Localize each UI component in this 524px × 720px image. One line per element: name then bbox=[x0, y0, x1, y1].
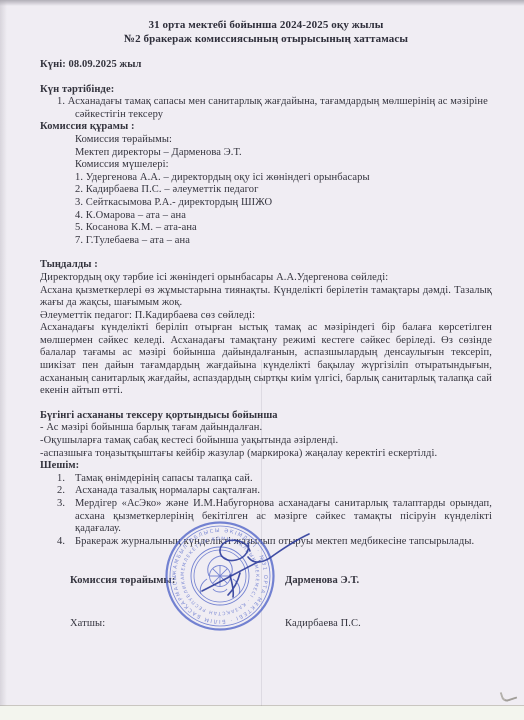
commission-heading: Комиссия құрамы : bbox=[40, 121, 492, 134]
result-heading: Бүгінгі асхананы тексеру қортындысы бойы… bbox=[40, 410, 492, 423]
secretary-signature-label: Хатшы: bbox=[70, 618, 285, 631]
heard-paragraph: Асханадағы күнделікті беріліп отырған ыс… bbox=[40, 322, 492, 398]
commission-member: 7. Г.Тулебаева – ата – ана bbox=[75, 235, 492, 248]
result-item: - Ас мәзірі бойынша барлық тағам дайында… bbox=[40, 422, 492, 435]
chair-signature-label: Комиссия төрайымы: bbox=[70, 575, 285, 588]
heard-heading: Тыңдалды : bbox=[40, 259, 492, 272]
chair-signature-row: Комиссия төрайымы: Дарменова Э.Т. bbox=[70, 575, 492, 588]
decision-item: Бракераж журналының күнделікті жазылып о… bbox=[40, 536, 492, 549]
commission-member: 1. Удергенова А.А. – директордың оқу ісі… bbox=[75, 172, 492, 185]
commission-chair-label: Комиссия төрайымы: bbox=[75, 134, 492, 147]
date-line: Күні: 08.09.2025 жыл bbox=[40, 59, 492, 72]
doc-title-line-2: №2 бракераж комиссиясының отырысының хат… bbox=[40, 33, 492, 47]
commission-members-label: Комиссия мүшелері: bbox=[75, 159, 492, 172]
commission-member: 5. Косанова К.М. – ата-ана bbox=[75, 222, 492, 235]
commission-member: 4. К.Омарова – ата – ана bbox=[75, 210, 492, 223]
doc-title-line-1: 31 орта мектебі бойынша 2024-2025 оқу жы… bbox=[40, 19, 492, 33]
heard-paragraph: Әлеуметтік педагог: П.Кадирбаева сөз сөй… bbox=[40, 310, 492, 323]
secretary-signature-name: Кадирбаева П.С. bbox=[285, 618, 361, 631]
secretary-signature-row: Хатшы: Кадирбаева П.С. bbox=[70, 618, 492, 631]
chair-signature-name: Дарменова Э.Т. bbox=[285, 575, 359, 588]
decision-item: Мердігер «АсЭко» және И.М.Набугорнова ас… bbox=[40, 498, 492, 536]
result-item: -Оқушыларға тамақ сабақ кестесі бойынша … bbox=[40, 435, 492, 448]
commission-chair-line: Мектеп директоры – Дарменова Э.Т. bbox=[75, 147, 492, 160]
heard-paragraph: Асхана қызметкерлері өз жұмыстарына тиян… bbox=[40, 285, 492, 310]
scan-left-edge bbox=[0, 0, 7, 706]
agenda-heading: Күн тәртібінде: bbox=[40, 84, 492, 97]
commission-member: 3. Сейткасымова Р.А.- директордың ШІЖО bbox=[75, 197, 492, 210]
decision-item: Тамақ өнімдерінің сапасы талапқа сай. bbox=[40, 473, 492, 486]
decision-item: Асханада тазалық нормалары сақталған. bbox=[40, 485, 492, 498]
result-item: -аспазшыға тоңазытқыштағы кейбір жазулар… bbox=[40, 448, 492, 461]
scanned-document-photo: { "doc": { "title_line1": "31 орта мекте… bbox=[0, 0, 524, 720]
document-content: 31 орта мектебі бойынша 2024-2025 оқу жы… bbox=[40, 0, 492, 631]
decision-list: Тамақ өнімдерінің сапасы талапқа сай. Ас… bbox=[40, 473, 492, 549]
heard-paragraph: Директордың оқу тәрбие ісі жөніндегі оры… bbox=[40, 272, 492, 285]
agenda-item: 1. Асханадағы тамақ сапасы мен санитарлы… bbox=[40, 96, 492, 121]
commission-member: 2. Кадирбаева П.С. – әлеуметтік педагог bbox=[75, 184, 492, 197]
decision-heading: Шешім: bbox=[40, 460, 492, 473]
